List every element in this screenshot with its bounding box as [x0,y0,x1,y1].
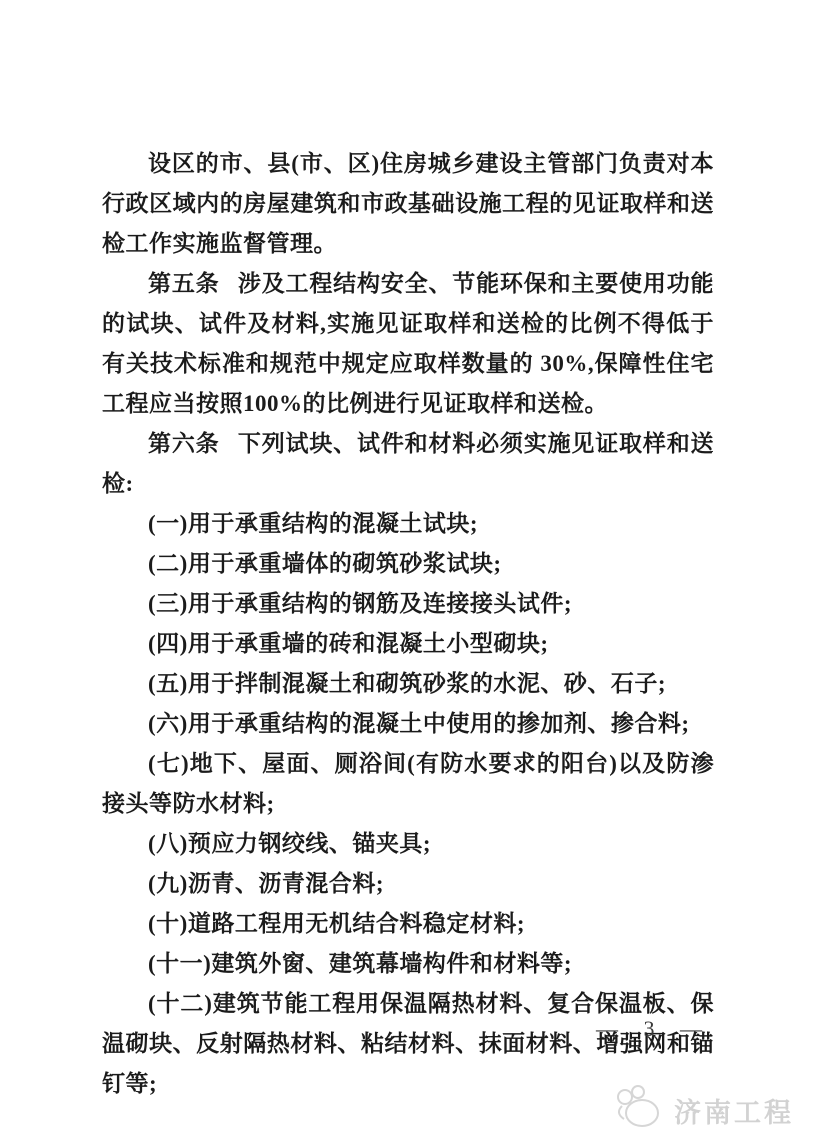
body-paragraph: 设区的市、县(市、区)住房城乡建设主管部门负责对本行政区域内的房屋建筑和市政基础… [102,144,714,264]
paragraph-text: (九)沥青、沥青混合料; [148,871,384,896]
paragraph-text: (十二)建筑节能工程用保温隔热材料、复合保温板、保温砌块、反射隔热材料、粘结材料… [102,991,714,1096]
list-item: (十一)建筑外窗、建筑幕墙构件和材料等; [102,944,714,984]
page-number: — 3 — [560,1016,740,1042]
paragraph-text: (七)地下、屋面、厕浴间(有防水要求的阳台)以及防渗接头等防水材料; [102,751,714,816]
paragraph-text: (四)用于承重墙的砖和混凝土小型砌块; [148,631,548,656]
list-item: (三)用于承重结构的钢筋及连接接头试件; [102,584,714,624]
paragraph-text: (五)用于拌制混凝土和砌筑砂浆的水泥、砂、石子; [148,671,666,696]
list-item: (七)地下、屋面、厕浴间(有防水要求的阳台)以及防渗接头等防水材料; [102,744,714,824]
paragraph-text: (六)用于承重结构的混凝土中使用的掺加剂、掺合料; [148,711,689,736]
watermark-text: 济南工程 [674,1091,794,1130]
article-paragraph-5: 第五条涉及工程结构安全、节能环保和主要使用功能的试块、试件及材料,实施见证取样和… [102,264,714,424]
document-text-block: 设区的市、县(市、区)住房城乡建设主管部门负责对本行政区域内的房屋建筑和市政基础… [0,0,816,1145]
paragraph-text: (十一)建筑外窗、建筑幕墙构件和材料等; [148,951,572,976]
list-item: (十)道路工程用无机结合料稳定材料; [102,904,714,944]
article-label: 第六条 [148,431,219,456]
paragraph-text: (八)预应力钢绞线、锚夹具; [148,831,431,856]
list-item: (五)用于拌制混凝土和砌筑砂浆的水泥、砂、石子; [102,664,714,704]
paragraph-text: (二)用于承重墙体的砌筑砂浆试块; [148,551,501,576]
paragraph-text: 设区的市、县(市、区)住房城乡建设主管部门负责对本行政区域内的房屋建筑和市政基础… [102,151,714,256]
list-item: (二)用于承重墙体的砌筑砂浆试块; [102,544,714,584]
paragraph-text: (一)用于承重结构的混凝土试块; [148,511,478,536]
scanned-document-page: { "page": { "background_color": "#ffffff… [0,0,816,1145]
list-item: (四)用于承重墙的砖和混凝土小型砌块; [102,624,714,664]
article-label: 第五条 [148,271,219,296]
list-item: (一)用于承重结构的混凝土试块; [102,504,714,544]
list-item: (八)预应力钢绞线、锚夹具; [102,824,714,864]
list-item: (九)沥青、沥青混合料; [102,864,714,904]
list-item: (六)用于承重结构的混凝土中使用的掺加剂、掺合料; [102,704,714,744]
paragraph-text: (十)道路工程用无机结合料稳定材料; [148,911,525,936]
watermark: 济南工程 [612,1084,794,1137]
panda-logo-icon [612,1084,666,1137]
paragraph-text: (三)用于承重结构的钢筋及连接接头试件; [148,591,572,616]
article-paragraph-6: 第六条下列试块、试件和材料必须实施见证取样和送检: [102,424,714,504]
